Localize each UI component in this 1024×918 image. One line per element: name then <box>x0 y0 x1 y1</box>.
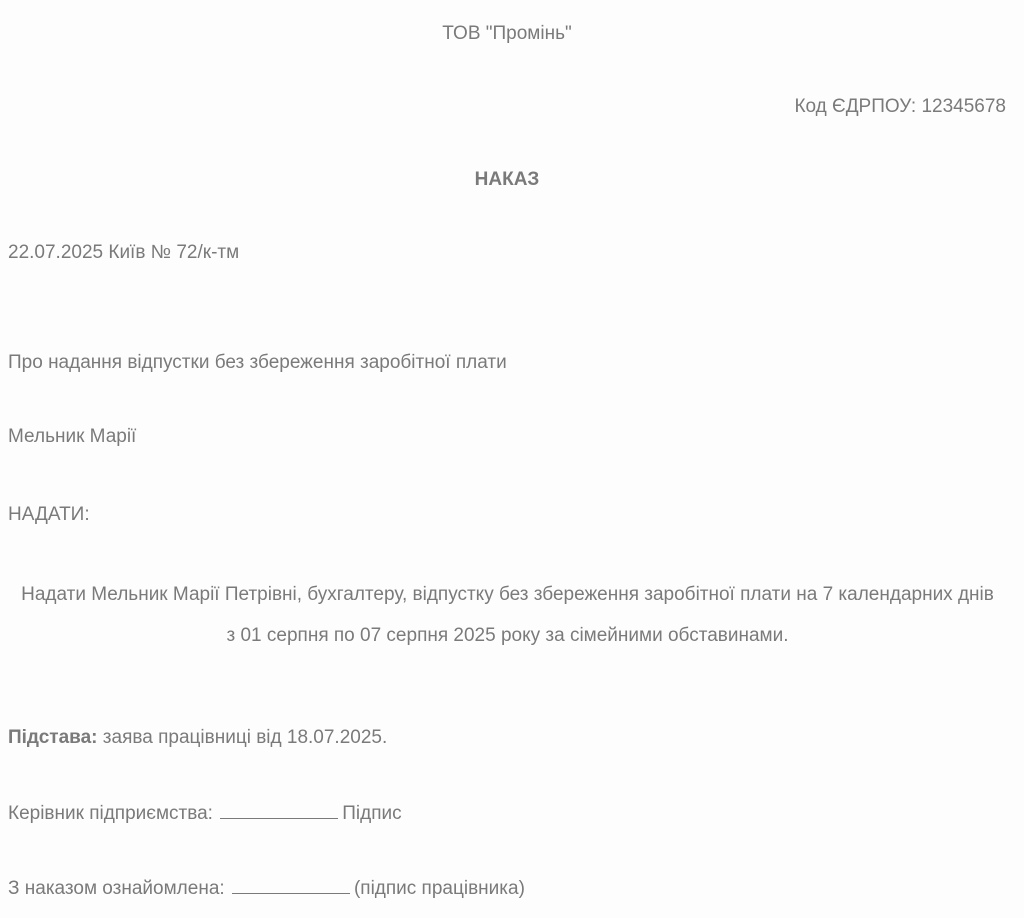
basis-line: Підстава: заява працівниці від 18.07.202… <box>8 726 387 750</box>
director-signature-blank <box>220 804 338 819</box>
director-label: Керівник підприємства: <box>8 803 213 824</box>
employee-name: Мельник Марії <box>8 425 136 449</box>
acquainted-label: З наказом ознайомлена: <box>8 878 225 899</box>
employee-acknowledgement-line: З наказом ознайомлена: (підпис працівник… <box>8 877 525 901</box>
employee-signature-suffix: (підпис працівника) <box>354 878 525 899</box>
basis-text: заява працівниці від 18.07.2025. <box>98 727 388 748</box>
company-name: ТОВ "Промінь" <box>0 22 1014 46</box>
order-body: Надати Мельник Марії Петрівні, бухгалтер… <box>20 574 995 656</box>
basis-label: Підстава: <box>8 727 98 748</box>
order-subject: Про надання відпустки без збереження зар… <box>8 351 507 375</box>
document-title: НАКАЗ <box>0 168 1014 192</box>
edrpou-code: Код ЄДРПОУ: 12345678 <box>794 95 1006 119</box>
director-signature-line: Керівник підприємства: Підпис <box>8 802 402 826</box>
grant-label: НАДАТИ: <box>8 503 90 527</box>
order-date-number: 22.07.2025 Київ № 72/к-тм <box>8 241 239 265</box>
employee-signature-blank <box>232 879 350 894</box>
director-signature-suffix: Підпис <box>342 803 401 824</box>
